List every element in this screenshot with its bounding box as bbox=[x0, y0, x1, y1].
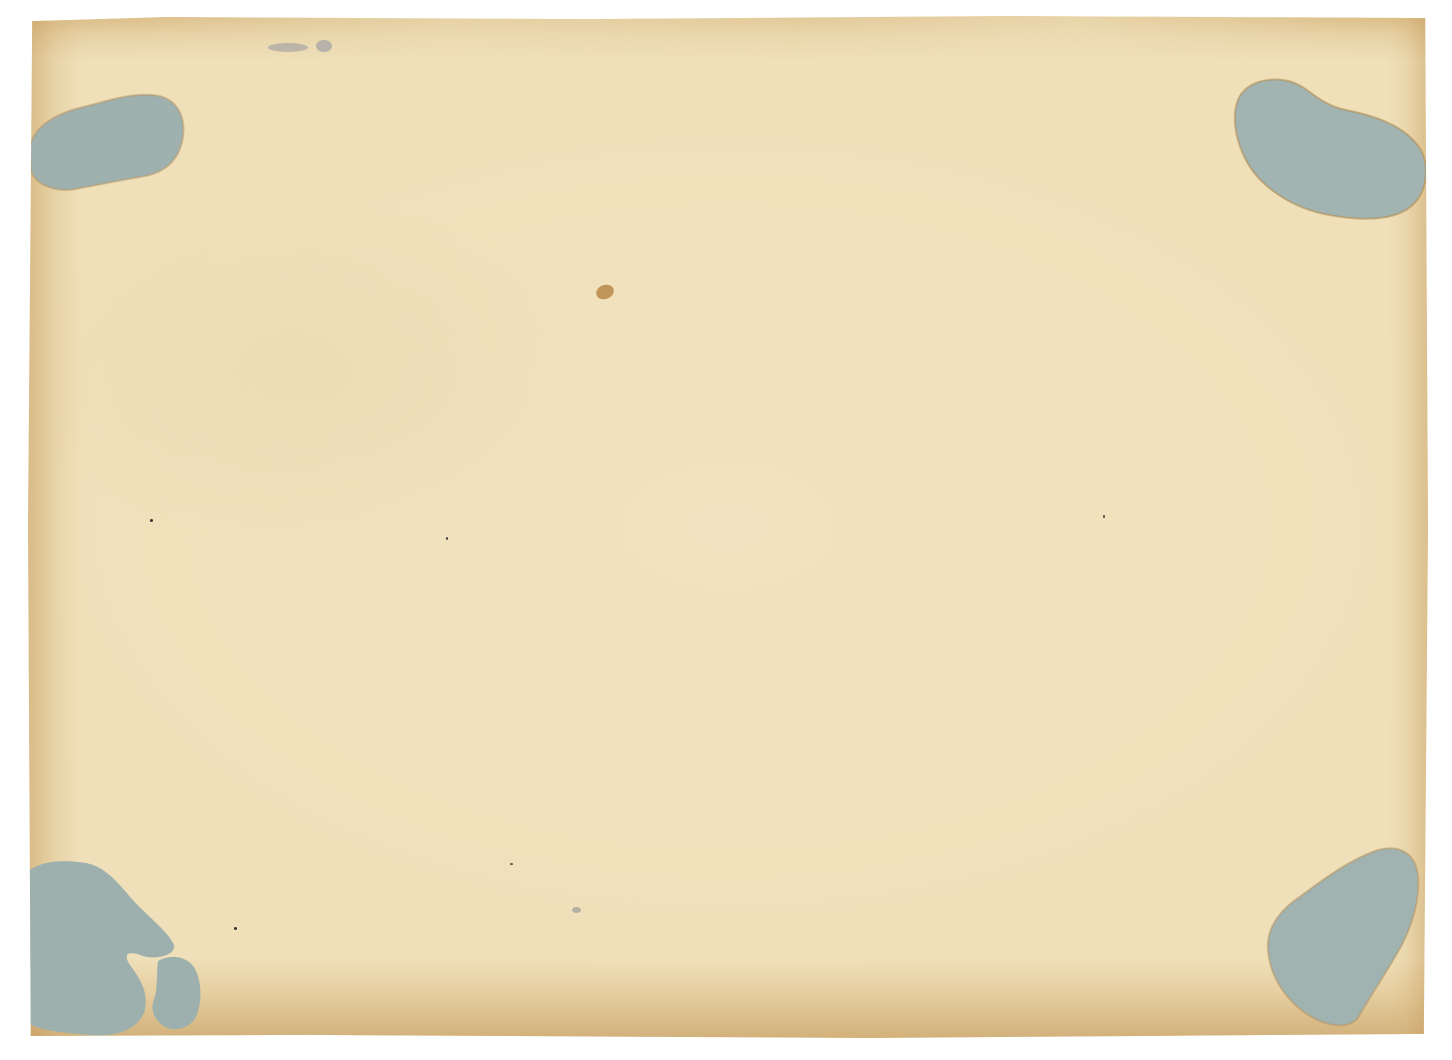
image-canvas bbox=[0, 0, 1452, 1060]
aged-paper-card bbox=[28, 15, 1428, 1038]
bottom-edge-stain bbox=[28, 958, 1428, 1038]
speck bbox=[150, 519, 153, 522]
grey-fleck bbox=[316, 40, 332, 52]
speck bbox=[510, 863, 513, 865]
corner-remnant-bottom-right bbox=[1248, 840, 1428, 1030]
speck bbox=[446, 537, 448, 540]
foxing-spot bbox=[594, 282, 616, 301]
top-edge-stain bbox=[28, 15, 1428, 60]
speck bbox=[572, 907, 581, 913]
corner-remnant-top-left bbox=[28, 85, 198, 205]
speck bbox=[1103, 515, 1105, 518]
corner-remnant-top-right bbox=[1226, 70, 1436, 235]
grey-fleck bbox=[268, 43, 308, 52]
speck bbox=[234, 927, 237, 930]
corner-remnant-bottom-left bbox=[26, 853, 226, 1043]
